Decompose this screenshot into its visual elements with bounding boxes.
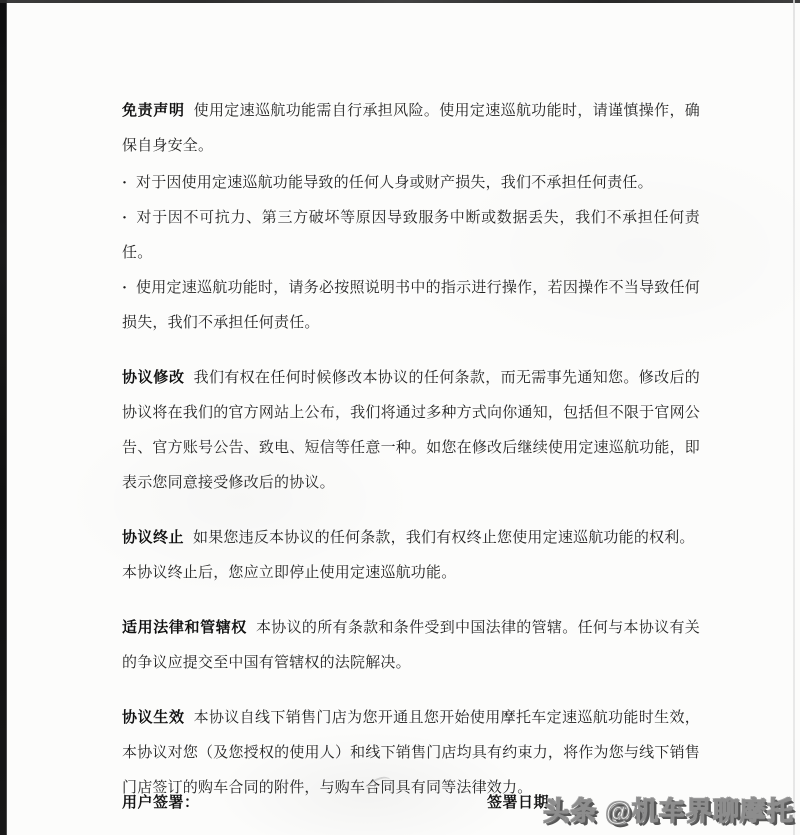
section-termination: 协议终止如果您违反本协议的任何条款，我们有权终止您使用定速巡航功能的权利。本协议… (122, 521, 700, 591)
section-effectiveness-heading: 协议生效 (122, 710, 185, 726)
section-termination-heading: 协议终止 (122, 530, 184, 546)
section-governing-law-heading: 适用法律和管辖权 (122, 620, 247, 636)
section-effectiveness-text: 本协议自线下销售门店为您开通且您开始使用摩托车定速巡航功能时生效，本协议对您（及… (122, 710, 700, 796)
section-disclaimer-text: 使用定速巡航功能需自行承担风险。使用定速巡航功能时，请谨慎操作，确保自身安全。 (122, 103, 700, 154)
section-modification-heading: 协议修改 (122, 370, 185, 386)
bullet-marker-icon: · (122, 201, 136, 236)
section-disclaimer: 免责声明使用定速巡航功能需自行承担风险。使用定速巡航功能时，请谨慎操作，确保自身… (122, 94, 700, 164)
list-item: ·对于因使用定速巡航功能导致的任何人身或财产损失，我们不承担任何责任。 (122, 166, 700, 201)
bullet-list: ·对于因使用定速巡航功能导致的任何人身或财产损失，我们不承担任何责任。 ·对于因… (122, 166, 700, 341)
list-item: ·使用定速巡航功能时，请务必按照说明书中的指示进行操作，若因操作不当导致任何损失… (122, 271, 700, 341)
bullet-marker-icon: · (122, 271, 136, 306)
section-termination-text-line2: 本协议终止后，您应立即停止使用定速巡航功能。 (122, 556, 700, 591)
section-governing-law: 适用法律和管辖权本协议的所有条款和条件受到中国法律的管辖。任何与本协议有关的争议… (122, 611, 700, 681)
toutiao-watermark: 头条 @机车界聊摩托 (543, 791, 794, 828)
scanned-agreement-page: 免责声明使用定速巡航功能需自行承担风险。使用定速巡航功能时，请谨慎操作，确保自身… (0, 0, 800, 835)
scan-edge-right (793, 0, 795, 835)
list-item-text: 使用定速巡航功能时，请务必按照说明书中的指示进行操作，若因操作不当导致任何损失，… (122, 280, 700, 331)
document-body: 免责声明使用定速巡航功能需自行承担风险。使用定速巡航功能时，请谨慎操作，确保自身… (122, 94, 700, 806)
section-modification-text: 我们有权在任何时候修改本协议的任何条款，而无需事先通知您。修改后的协议将在我们的… (122, 370, 700, 491)
list-item-text: 对于因使用定速巡航功能导致的任何人身或财产损失，我们不承担任何责任。 (136, 175, 653, 191)
list-item-text: 对于因不可抗力、第三方破坏等原因导致服务中断或数据丢失，我们不承担任何责任。 (122, 210, 700, 261)
user-signature-label: 用户签署： (122, 795, 200, 811)
section-modification: 协议修改我们有权在任何时候修改本协议的任何条款，而无需事先通知您。修改后的协议将… (122, 361, 700, 501)
scan-edge-left (0, 0, 7, 835)
list-item: ·对于因不可抗力、第三方破坏等原因导致服务中断或数据丢失，我们不承担任何责任。 (122, 201, 700, 271)
scan-edge-top (0, 0, 800, 3)
bullet-marker-icon: · (122, 166, 136, 201)
section-disclaimer-heading: 免责声明 (122, 103, 185, 119)
section-termination-text: 如果您违反本协议的任何条款，我们有权终止您使用定速巡航功能的权利。 (193, 530, 695, 546)
